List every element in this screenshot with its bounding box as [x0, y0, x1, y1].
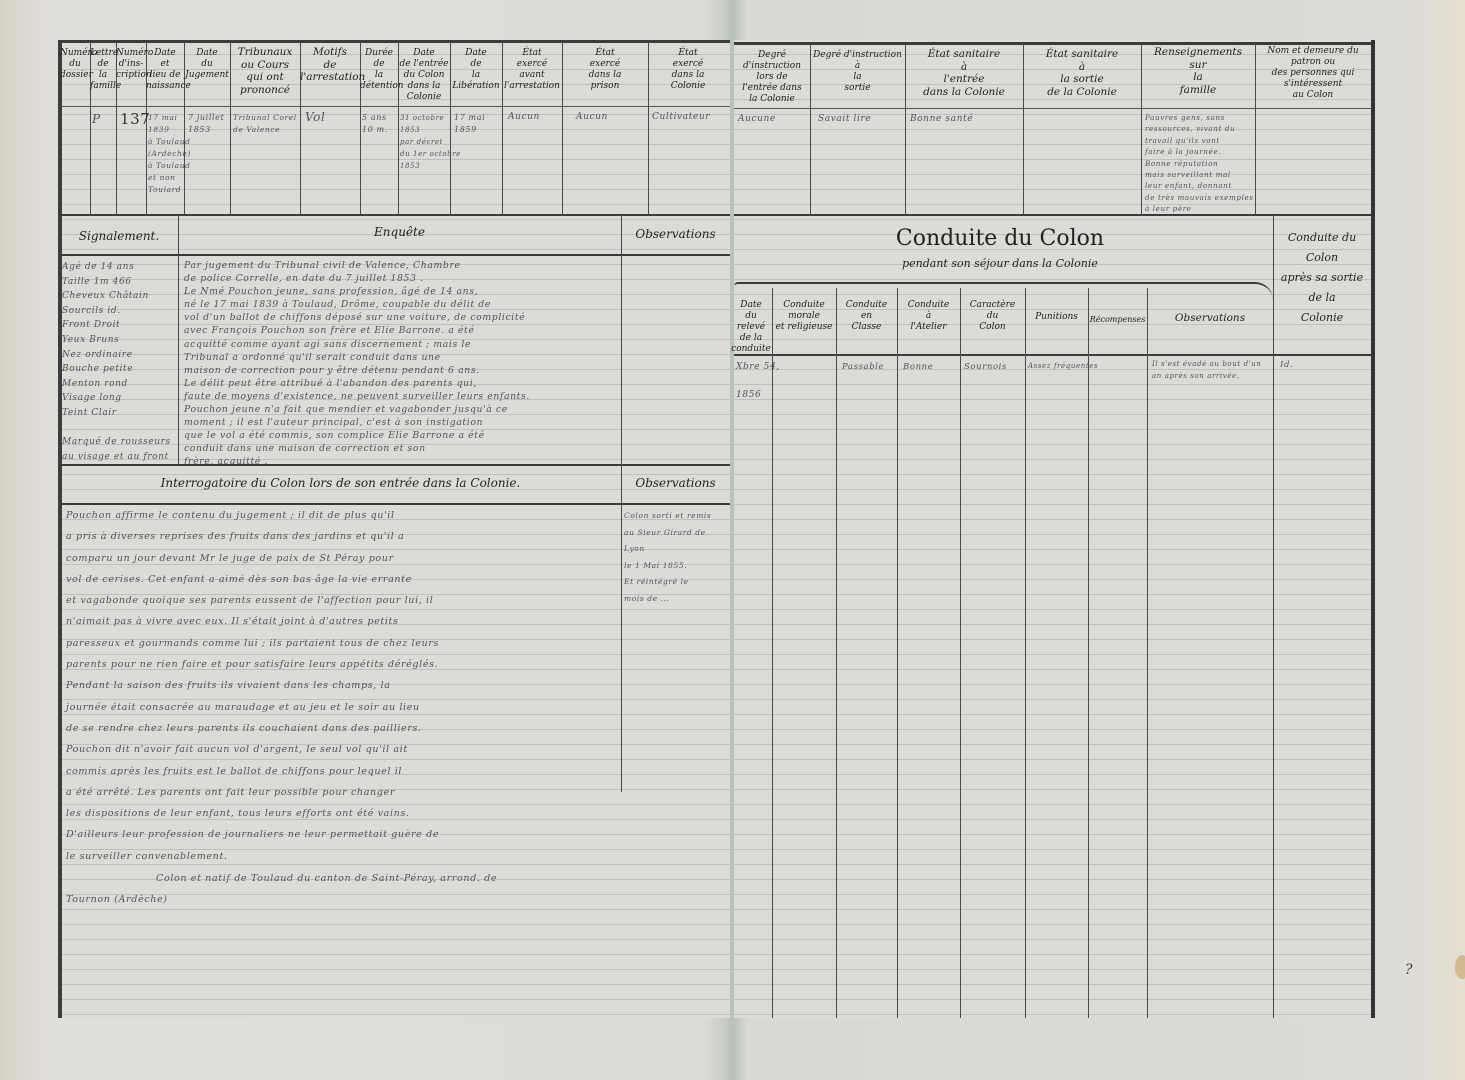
apres-sortie-title: Conduite du Colon après sa sortie de la … [1273, 228, 1371, 328]
signalement-title: Signalement. [60, 229, 178, 243]
value-date-entree: 31 octobre 1853 par décret du 1er octobr… [400, 112, 461, 172]
conduite-title: Conduite du Colon [740, 226, 1260, 251]
header-date-releve: Date du relevé de la conduite [730, 300, 772, 355]
value-instruction-sortie: Savait lire [818, 114, 871, 124]
conduite-subtitle: pendant son séjour dans la Colonie [740, 257, 1260, 270]
header-numero-inscription: Numéro d'ins- cription [116, 48, 146, 81]
header-date-liberation: Date de la Libération [450, 48, 502, 92]
interrogatoire-signature: Colon et natif de Toulaud du canton de S… [66, 868, 620, 911]
value-sanitaire-entree: Bonne santé [910, 114, 973, 124]
header-caractere: Caractère du Colon [960, 300, 1025, 333]
header-numero-dossier: Numéro du dossier [60, 48, 90, 81]
col-divider [1273, 214, 1274, 1018]
right-page [734, 40, 1374, 1018]
right-page-border [1371, 40, 1375, 1018]
value-date-liberation: 17 mai 1859 [454, 112, 485, 136]
header-patron: Nom et demeure du patron ou des personne… [1255, 46, 1371, 101]
value-instruction-entree: Aucune [738, 114, 776, 124]
value-duree: 5 ans 10 m. [362, 112, 388, 136]
section-rule [60, 464, 730, 466]
header-sanitaire-entree: État sanitaire à l'entrée dans la Coloni… [905, 48, 1023, 98]
observations-bottom-title: Observations [621, 476, 730, 490]
section-header-rule [60, 254, 730, 256]
value-conduite-atelier: Bonne [903, 362, 933, 372]
col-divider [836, 288, 837, 1018]
col-divider [897, 288, 898, 1018]
col-divider [178, 214, 179, 464]
signalement-text: Agé de 14 ans Taille 1m 466 Cheveux Chât… [62, 260, 178, 464]
conduite-header-rule [734, 354, 1371, 356]
header-motifs: Motifs de l'arrestation [300, 46, 360, 84]
col-divider [960, 288, 961, 1018]
header-tribunaux: Tribunaux ou Cours qui ont prononcé [230, 46, 300, 96]
header-instruction-sortie: Degré d'instruction à la sortie [810, 50, 905, 94]
section-rule [734, 214, 1371, 216]
value-etat-avant: Aucun [508, 112, 540, 122]
enquete-text: Par jugement du Tribunal civil de Valenc… [184, 259, 620, 469]
value-punitions: Assez fréquentes [1028, 362, 1098, 370]
header-underline [60, 106, 730, 107]
header-conduite-classe: Conduite en Classe [836, 300, 897, 333]
value-apres-sortie: Id. [1280, 360, 1293, 370]
right-top-rule [734, 42, 1374, 45]
value-naissance: 17 mai 1839 à Toulaud (Ardèche) à Toulau… [148, 112, 191, 196]
paper-stain [1455, 955, 1465, 979]
header-conduite-atelier: Conduite à l'Atelier [897, 300, 960, 333]
value-date-jugement: 7 juillet 1853 [188, 112, 224, 136]
interrogatoire-title: Interrogatoire du Colon lors de son entr… [60, 476, 621, 490]
value-etat-prison: Aucun [576, 112, 608, 122]
header-date-jugement: Date du Jugement [184, 48, 230, 81]
col-divider [1147, 288, 1148, 1018]
header-observations: Observations [1147, 312, 1273, 325]
header-renseignements-famille: Renseignements sur la famille [1141, 46, 1255, 96]
header-date-lieu-naissance: Date et lieu de naissance [146, 48, 184, 92]
header-etat-colonie: État exercé dans la Colonie [648, 48, 728, 92]
interrogatoire-text: Pouchon affirme le contenu du jugement ;… [66, 505, 620, 867]
header-lettre-famille: Lettre de la famille [90, 48, 116, 92]
header-underline [734, 108, 1371, 109]
value-date-releve: Xbre 54, 1856 [736, 360, 780, 402]
col-divider [1088, 288, 1089, 1018]
section-rule [60, 214, 730, 216]
value-lettre-famille: P [92, 112, 101, 126]
header-duree-detention: Durée de la détention [360, 48, 398, 92]
value-etat-colonie: Cultivateur [652, 112, 710, 122]
value-caractere: Sournois [964, 362, 1007, 372]
value-conduite-classe: Passable [842, 362, 884, 372]
header-date-entree: Date de l'entrée du Colon dans la Coloni… [398, 48, 450, 103]
header-punitions: Punitions [1025, 312, 1088, 323]
value-tribunal: Tribunal Corel de Valence [233, 112, 297, 136]
enquete-title: Enquête [178, 225, 621, 239]
observations-top-title: Observations [621, 227, 730, 241]
header-etat-avant: État exercé avant l'arrestation [502, 48, 562, 92]
value-motif: Vol [305, 110, 325, 124]
conduite-brace [734, 282, 1273, 300]
margin-mark: ? [1405, 962, 1413, 978]
observations-bottom-text: Colon sorti et remis au Sieur Girard de … [624, 508, 728, 607]
header-conduite-morale: Conduite morale et religieuse [772, 300, 836, 333]
value-renseignements-famille: Pauvres gens, sans ressources, vivant du… [1145, 112, 1255, 215]
value-observations: Il s'est évadé au bout d'un an après son… [1152, 358, 1272, 382]
header-instruction-entree: Degré d'instruction lors de l'entrée dan… [734, 50, 810, 105]
col-divider [1025, 288, 1026, 1018]
value-numero-inscription: 137 [120, 110, 150, 128]
header-sanitaire-sortie: État sanitaire à la sortie de la Colonie [1023, 48, 1141, 98]
left-top-rule [58, 40, 730, 43]
header-recompenses: Récompenses [1088, 314, 1147, 325]
header-etat-prison: État exercé dans la prison [562, 48, 648, 92]
